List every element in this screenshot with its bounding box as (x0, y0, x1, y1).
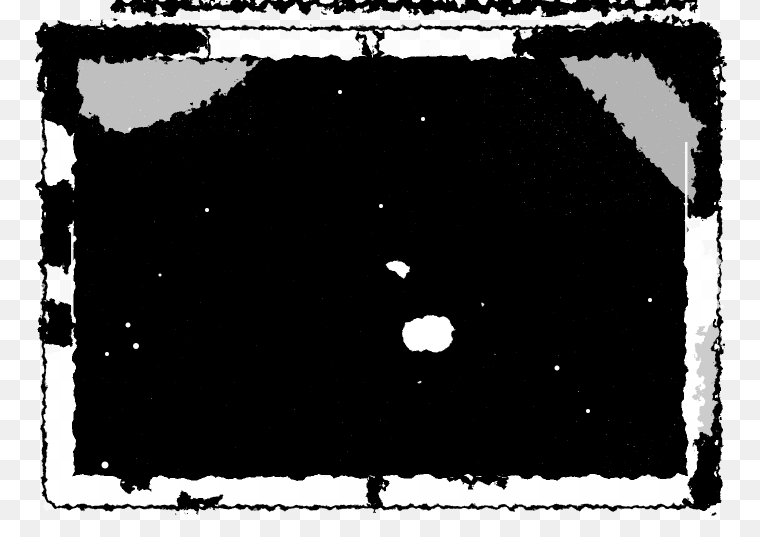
mottle-right-band (692, 250, 718, 440)
smear-bottom-left (176, 495, 222, 510)
speckles-cluster-corner (600, 420, 686, 476)
matte-left-lower (43, 352, 75, 480)
frame-top-strip (112, 0, 695, 13)
grunge-frame-graphic (0, 0, 760, 537)
speckles-bottom-center (260, 390, 420, 475)
speckles-mass-top-left (42, 24, 212, 136)
drip-top-2 (375, 29, 382, 59)
checkerboard-background (0, 0, 760, 537)
edge-grunge-left-2 (43, 298, 75, 348)
edge-grunge-left-1 (42, 178, 76, 270)
speckles-mass-top-right (520, 30, 720, 215)
speckle-layer (42, 24, 720, 477)
seam-left (71, 225, 74, 313)
